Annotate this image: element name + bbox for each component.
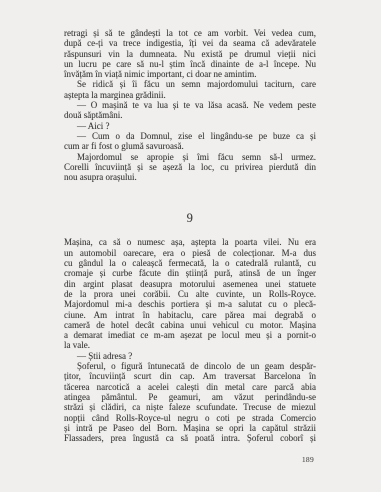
- text-after-chapter: Mașina, ca să o numesc așa, aștepta la p…: [64, 237, 316, 443]
- paragraph: — Știi adresa ?: [64, 351, 316, 361]
- text-line: Majordomul mi-a deschis portiera și m-a …: [64, 299, 316, 309]
- text-line: Mașina, ca să o numesc așa, aștepta la p…: [64, 237, 316, 247]
- text-line: și intră pe Paseo del Born. Mașina se op…: [64, 423, 316, 433]
- text-line: aștepta la marginea grădinii.: [64, 90, 316, 100]
- page-number: 189: [302, 456, 314, 464]
- text-line: după ce-ți va trece indigestia, îți vei …: [64, 38, 316, 48]
- text-line: cameră de hotel decât cabina unui vehicu…: [64, 320, 316, 330]
- text-line: atingea pământul. Pe geamuri, am văzut p…: [64, 392, 316, 402]
- book-page: retragi și să te gândești la tot ce am v…: [0, 0, 381, 492]
- text-line: la vale.: [64, 340, 316, 350]
- text-line: Corelli încuviință și se așeză la loc, c…: [64, 162, 316, 172]
- text-line: nou asupra orașului.: [64, 172, 316, 182]
- text-line: țitor, încuviință scurt din cap. Am trav…: [64, 371, 316, 381]
- text-line: străzi și clădiri, ca niște faleze scufu…: [64, 402, 316, 412]
- paragraph: retragi și să te gândești la tot ce am v…: [64, 28, 316, 79]
- text-line: a demarat imediat ce m-am așezat pe locu…: [64, 330, 316, 340]
- text-line: ciune. Am intrat în habitaclu, care păre…: [64, 310, 316, 320]
- text-line: cum ar fi fost o glumă savuroasă.: [64, 141, 316, 151]
- text-line: — Știi adresa ?: [64, 351, 316, 361]
- paragraph: — Aici ?: [64, 121, 316, 131]
- text-line: Șoferul, o figură întunecată de dincolo …: [64, 361, 316, 371]
- text-line: un automobil oarecare, era o piesă de co…: [64, 248, 316, 258]
- paragraph: Majordomul se apropie și îmi făcu semn s…: [64, 152, 316, 183]
- text-line: — O mașină te va lua și te va lăsa acasă…: [64, 100, 316, 110]
- text-line: două săptămâni.: [64, 110, 316, 120]
- paragraph: Șoferul, o figură întunecată de dincolo …: [64, 361, 316, 443]
- text-line: din argint plasat deasupra motorului ase…: [64, 279, 316, 289]
- text-before-chapter: retragi și să te gândești la tot ce am v…: [64, 28, 316, 182]
- text-line: cromaje și curbe făcute din știință pură…: [64, 268, 316, 278]
- text-line: cu gândul la o caleașcă fermecată, la o …: [64, 258, 316, 268]
- paragraph: — Cum o da Domnul, zise el lingându-se p…: [64, 131, 316, 152]
- chapter-number-heading: 9: [64, 211, 316, 225]
- text-line: — Aici ?: [64, 121, 316, 131]
- text-line: Majordomul se apropie și îmi făcu semn s…: [64, 152, 316, 162]
- text-line: Se ridică și îi făcu un semn majordomulu…: [64, 79, 316, 89]
- text-line: retragi și să te gândești la tot ce am v…: [64, 28, 316, 38]
- paragraph: Mașina, ca să o numesc așa, aștepta la p…: [64, 237, 316, 350]
- text-line: un lucru pe care să nu-l știm încă dinai…: [64, 59, 316, 69]
- text-line: învățăm în viață nimic important, ci doa…: [64, 69, 316, 79]
- page-text-column: retragi și să te gândești la tot ce am v…: [64, 28, 316, 443]
- text-line: Flassaders, prea îngustă ca să poată int…: [64, 433, 316, 443]
- paragraph: Se ridică și îi făcu un semn majordomulu…: [64, 79, 316, 100]
- paragraph: — O mașină te va lua și te va lăsa acasă…: [64, 100, 316, 121]
- text-line: — Cum o da Domnul, zise el lingându-se p…: [64, 131, 316, 141]
- text-line: de la prora unei corăbii. Cu alte cuvint…: [64, 289, 316, 299]
- text-line: tăcerea narcotică a acelei calești din m…: [64, 382, 316, 392]
- text-line: răspunsuri vin la dumneata. Nu există pe…: [64, 49, 316, 59]
- text-line: nopții când Rolls-Royce-ul negru o coti …: [64, 413, 316, 423]
